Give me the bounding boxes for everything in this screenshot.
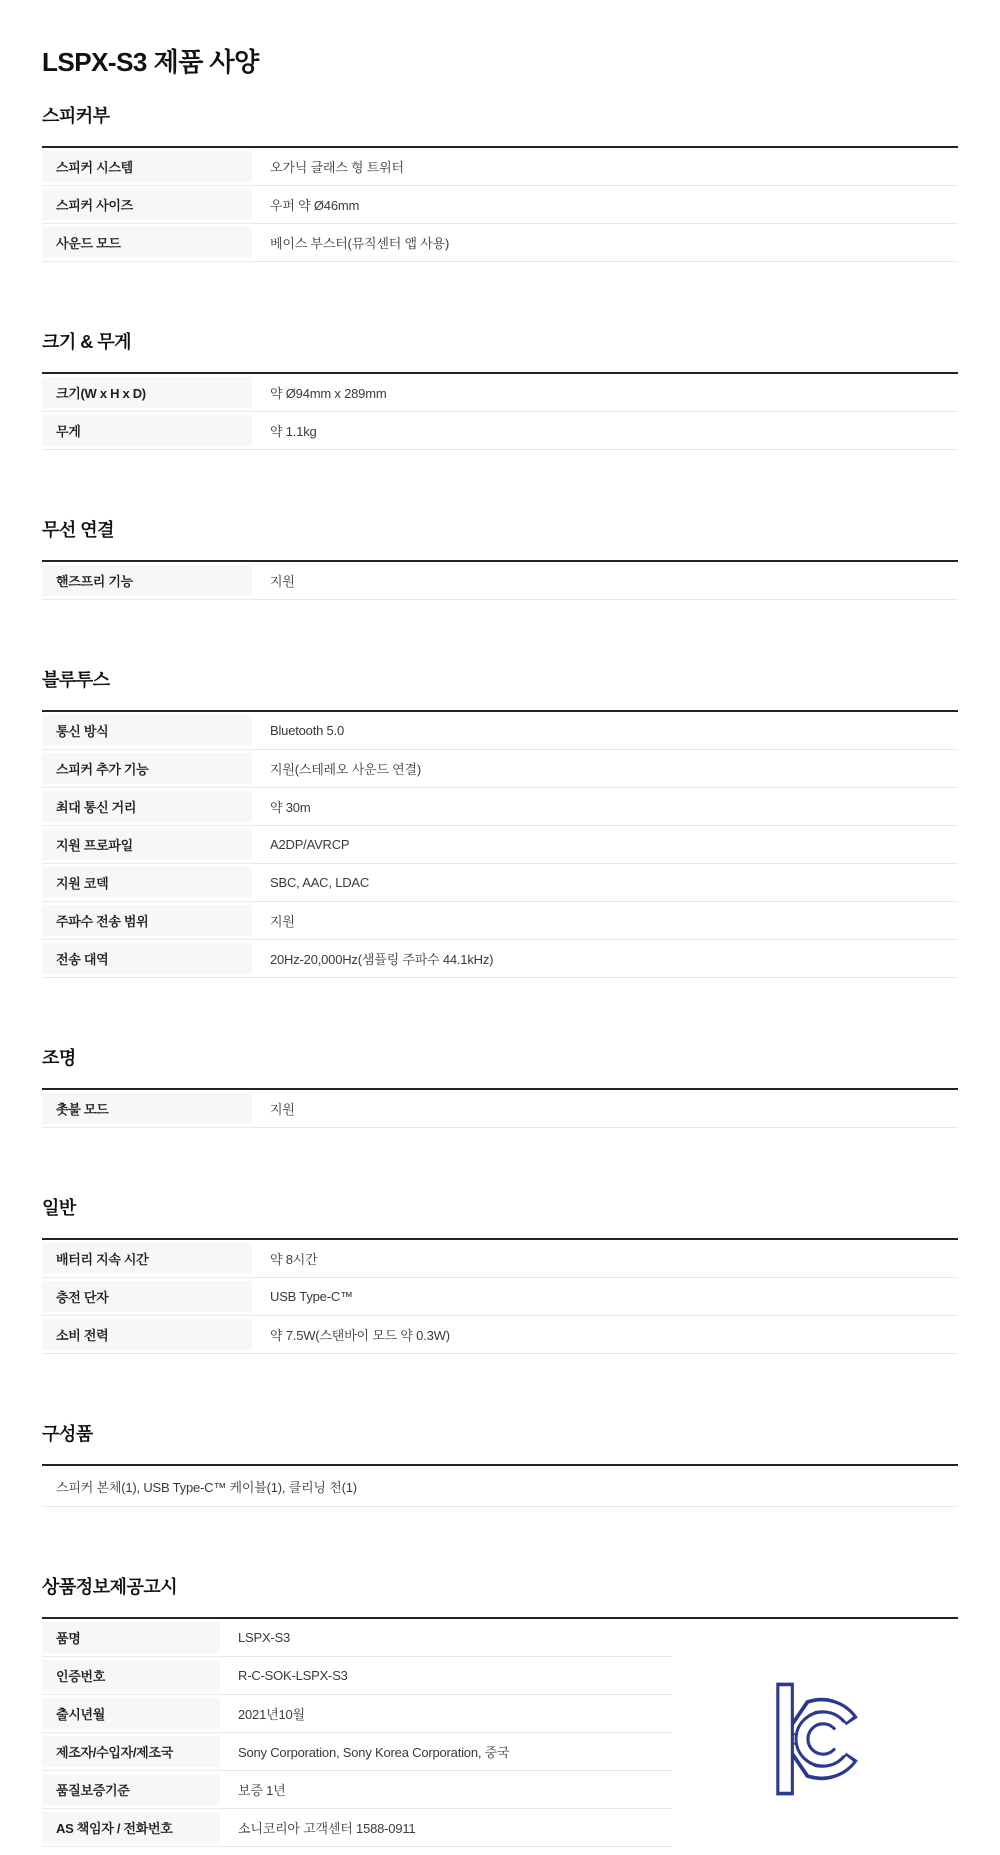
section-general: 일반배터리 지속 시간약 8시간충전 단자USB Type-C™소비 전력약 7… <box>42 1196 958 1354</box>
row-value: 약 Ø94mm x 289mm <box>252 374 958 411</box>
row-value: Bluetooth 5.0 <box>252 712 958 749</box>
row-label: 제조자/수입자/제조국 <box>42 1733 220 1770</box>
table-row: 스피커 사이즈우퍼 약 Ø46mm <box>42 186 958 224</box>
section-wireless: 무선 연결핸즈프리 기능지원 <box>42 518 958 600</box>
table-row: 무게약 1.1kg <box>42 412 958 450</box>
row-label: 스피커 시스템 <box>42 148 252 185</box>
row-value: Sony Corporation, Sony Korea Corporation… <box>220 1733 672 1770</box>
row-label: 스피커 추가 기능 <box>42 750 252 787</box>
spec-table-lighting: 촛불 모드지원 <box>42 1088 958 1128</box>
row-value: 오가닉 글래스 형 트위터 <box>252 148 958 185</box>
row-label: 주파수 전송 범위 <box>42 902 252 939</box>
section-lighting: 조명촛불 모드지원 <box>42 1046 958 1128</box>
row-value: 지원 <box>252 1090 958 1127</box>
row-value: USB Type-C™ <box>252 1278 958 1315</box>
table-row: 제조자/수입자/제조국Sony Corporation, Sony Korea … <box>42 1733 672 1771</box>
spec-table-components: 스피커 본체(1), USB Type-C™ 케이블(1), 클리닝 천(1) <box>42 1464 958 1507</box>
table-row: 지원 프로파일A2DP/AVRCP <box>42 826 958 864</box>
row-label: 충전 단자 <box>42 1278 252 1315</box>
table-row: 품질보증기준보증 1년 <box>42 1771 672 1809</box>
section-product-info-notice: 상품정보제공고시품명LSPX-S3인증번호R-C-SOK-LSPX-S3출시년월… <box>42 1575 958 1847</box>
row-value: 베이스 부스터(뮤직센터 앱 사용) <box>252 224 958 261</box>
row-value: 2021년10월 <box>220 1695 672 1732</box>
table-row: 핸즈프리 기능지원 <box>42 562 958 600</box>
row-value: 지원(스테레오 사운드 연결) <box>252 750 958 787</box>
table-row: 인증번호R-C-SOK-LSPX-S3 <box>42 1657 672 1695</box>
row-label: 품명 <box>42 1619 220 1656</box>
row-label: 촛불 모드 <box>42 1090 252 1127</box>
row-value: 지원 <box>252 562 958 599</box>
spec-rows-product-info-notice: 품명LSPX-S3인증번호R-C-SOK-LSPX-S3출시년월2021년10월… <box>42 1619 672 1847</box>
table-row: 품명LSPX-S3 <box>42 1619 672 1657</box>
row-label: 지원 프로파일 <box>42 826 252 863</box>
row-value: R-C-SOK-LSPX-S3 <box>220 1657 672 1694</box>
table-row: 충전 단자USB Type-C™ <box>42 1278 958 1316</box>
row-label: 통신 방식 <box>42 712 252 749</box>
row-label: 소비 전력 <box>42 1316 252 1353</box>
section-title-lighting: 조명 <box>42 1046 958 1070</box>
table-row: 전송 대역20Hz-20,000Hz(샘플링 주파수 44.1kHz) <box>42 940 958 978</box>
table-row: 크기(W x H x D)약 Ø94mm x 289mm <box>42 374 958 412</box>
section-components: 구성품스피커 본체(1), USB Type-C™ 케이블(1), 클리닝 천(… <box>42 1422 958 1507</box>
row-label: AS 책임자 / 전화번호 <box>42 1809 220 1846</box>
table-row: 배터리 지속 시간약 8시간 <box>42 1240 958 1278</box>
row-value: 20Hz-20,000Hz(샘플링 주파수 44.1kHz) <box>252 940 958 977</box>
section-title-size-weight: 크기 & 무게 <box>42 330 958 354</box>
row-label: 사운드 모드 <box>42 224 252 261</box>
kc-certification-icon <box>771 1671 859 1807</box>
table-row: 출시년월2021년10월 <box>42 1695 672 1733</box>
table-row: 통신 방식Bluetooth 5.0 <box>42 712 958 750</box>
section-title-wireless: 무선 연결 <box>42 518 958 542</box>
table-row: 스피커 추가 기능지원(스테레오 사운드 연결) <box>42 750 958 788</box>
section-title-product-info-notice: 상품정보제공고시 <box>42 1575 958 1599</box>
components-row: 스피커 본체(1), USB Type-C™ 케이블(1), 클리닝 천(1) <box>42 1466 958 1507</box>
spec-table-wireless: 핸즈프리 기능지원 <box>42 560 958 600</box>
row-value: 약 8시간 <box>252 1240 958 1277</box>
row-label: 출시년월 <box>42 1695 220 1732</box>
section-title-bluetooth: 블루투스 <box>42 668 958 692</box>
row-value: 약 30m <box>252 788 958 825</box>
table-row: 주파수 전송 범위지원 <box>42 902 958 940</box>
table-row: 소비 전력약 7.5W(스탠바이 모드 약 0.3W) <box>42 1316 958 1354</box>
section-title-components: 구성품 <box>42 1422 958 1446</box>
row-label: 무게 <box>42 412 252 449</box>
section-title-general: 일반 <box>42 1196 958 1220</box>
table-row: 촛불 모드지원 <box>42 1090 958 1128</box>
row-label: 품질보증기준 <box>42 1771 220 1808</box>
table-row: 사운드 모드베이스 부스터(뮤직센터 앱 사용) <box>42 224 958 262</box>
row-label: 전송 대역 <box>42 940 252 977</box>
table-row: 지원 코덱SBC, AAC, LDAC <box>42 864 958 902</box>
spec-table-bluetooth: 통신 방식Bluetooth 5.0스피커 추가 기능지원(스테레오 사운드 연… <box>42 710 958 978</box>
table-row: 스피커 시스템오가닉 글래스 형 트위터 <box>42 148 958 186</box>
row-value: LSPX-S3 <box>220 1619 672 1656</box>
spec-table-size-weight: 크기(W x H x D)약 Ø94mm x 289mm무게약 1.1kg <box>42 372 958 450</box>
row-value: A2DP/AVRCP <box>252 826 958 863</box>
table-row: AS 책임자 / 전화번호소니코리아 고객센터 1588-0911 <box>42 1809 672 1847</box>
row-value: 소니코리아 고객센터 1588-0911 <box>220 1809 672 1846</box>
row-value: 약 7.5W(스탠바이 모드 약 0.3W) <box>252 1316 958 1353</box>
row-value: 지원 <box>252 902 958 939</box>
spec-table-speaker: 스피커 시스템오가닉 글래스 형 트위터스피커 사이즈우퍼 약 Ø46mm사운드… <box>42 146 958 262</box>
row-label: 지원 코덱 <box>42 864 252 901</box>
table-row: 최대 통신 거리약 30m <box>42 788 958 826</box>
row-value: 보증 1년 <box>220 1771 672 1808</box>
row-label: 크기(W x H x D) <box>42 374 252 411</box>
section-speaker: 스피커부스피커 시스템오가닉 글래스 형 트위터스피커 사이즈우퍼 약 Ø46m… <box>42 104 958 262</box>
spec-page: LSPX-S3 제품 사양 스피커부스피커 시스템오가닉 글래스 형 트위터스피… <box>0 0 1000 1847</box>
row-label: 인증번호 <box>42 1657 220 1694</box>
kc-mark-area <box>672 1619 958 1807</box>
row-label: 핸즈프리 기능 <box>42 562 252 599</box>
spec-table-product-info-notice: 품명LSPX-S3인증번호R-C-SOK-LSPX-S3출시년월2021년10월… <box>42 1617 958 1847</box>
section-size-weight: 크기 & 무게크기(W x H x D)약 Ø94mm x 289mm무게약 1… <box>42 330 958 450</box>
row-label: 최대 통신 거리 <box>42 788 252 825</box>
row-value: SBC, AAC, LDAC <box>252 864 958 901</box>
page-title: LSPX-S3 제품 사양 <box>42 46 958 78</box>
row-label: 스피커 사이즈 <box>42 186 252 223</box>
section-title-speaker: 스피커부 <box>42 104 958 128</box>
spec-table-general: 배터리 지속 시간약 8시간충전 단자USB Type-C™소비 전력약 7.5… <box>42 1238 958 1354</box>
row-label: 배터리 지속 시간 <box>42 1240 252 1277</box>
section-bluetooth: 블루투스통신 방식Bluetooth 5.0스피커 추가 기능지원(스테레오 사… <box>42 668 958 978</box>
row-value: 우퍼 약 Ø46mm <box>252 186 958 223</box>
spec-sections-container: 스피커부스피커 시스템오가닉 글래스 형 트위터스피커 사이즈우퍼 약 Ø46m… <box>42 104 958 1847</box>
row-value: 약 1.1kg <box>252 412 958 449</box>
